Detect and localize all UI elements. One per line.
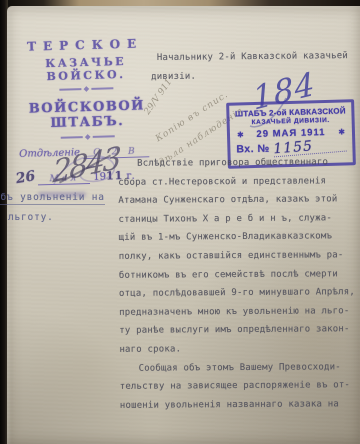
- asterisk-icon: ✱: [237, 130, 244, 139]
- body-line: ту ранѣе выслуги имъ опредѣленнаго закон…: [119, 325, 359, 345]
- typewritten-body: Вслѣдствіе приговора общественнаго сбора…: [118, 157, 360, 419]
- body-line: ботникомъ въ его семействѣ послѣ смерти: [119, 269, 359, 289]
- body-line: сбора ст.Нестеровской и представленія: [118, 176, 358, 196]
- asterisk-icon: ✱: [338, 127, 345, 136]
- margin-subject-note: объ увольненіи на льготу.: [0, 192, 105, 223]
- archival-document-scan: { "letterhead": { "org_line1": "ТЕРСКОЕ"…: [0, 0, 360, 444]
- letterhead-org-name-line1: ТЕРСКОЕ: [10, 36, 160, 54]
- body-line: предназначенъ мною къ увольненію на льго…: [119, 306, 359, 326]
- letterhead-org-name-line2: КАЗАЧЬЕ ВОЙСКО.: [10, 54, 161, 84]
- body-line: щій въ 1-мъ Сунженско-Владикавказскомъ: [119, 232, 359, 252]
- body-line: Вслѣдствіе приговора общественнаго: [118, 157, 358, 177]
- recipient-line1: Начальнику 2-й Кавказской казачьей: [157, 51, 357, 63]
- body-line: ношеніи увольненія названнаго казака на: [120, 399, 360, 419]
- body-line: Сообщая объ этомъ Вашему Превосходи-: [120, 362, 360, 382]
- stamp-registration-row: Вх. № 1155: [230, 139, 352, 156]
- margin-subject-line2: льготу.: [0, 212, 105, 223]
- body-line: отца, послѣдовавшей 9-го минувшаго Апрѣл…: [119, 287, 359, 307]
- stamp-reg-label: Вх. №: [236, 143, 270, 156]
- body-line: станицы Тихонъ Х а р е б и н ъ, служа-: [118, 213, 358, 233]
- letterhead-staff-line: ВОЙСКОВОЙ ШТАБЪ.: [12, 98, 163, 132]
- body-line: Атамана Сунженскаго отдѣла, казакъ этой: [118, 194, 358, 214]
- handwritten-day: 26: [15, 168, 37, 187]
- handwritten-reg-number: 1155: [273, 138, 347, 158]
- margin-subject-line1: объ увольненіи на: [0, 192, 105, 205]
- body-line: полку, какъ оставшійся единственнымъ ра-: [119, 250, 359, 270]
- body-line: тельству на зависящее распоряженіе въ от…: [120, 380, 360, 400]
- body-line: наго срока.: [119, 343, 359, 363]
- stamp-date: 29 МАЯ 1911: [256, 127, 325, 140]
- divider-ornament-icon: [13, 133, 163, 141]
- divider-ornament-icon: [11, 85, 161, 93]
